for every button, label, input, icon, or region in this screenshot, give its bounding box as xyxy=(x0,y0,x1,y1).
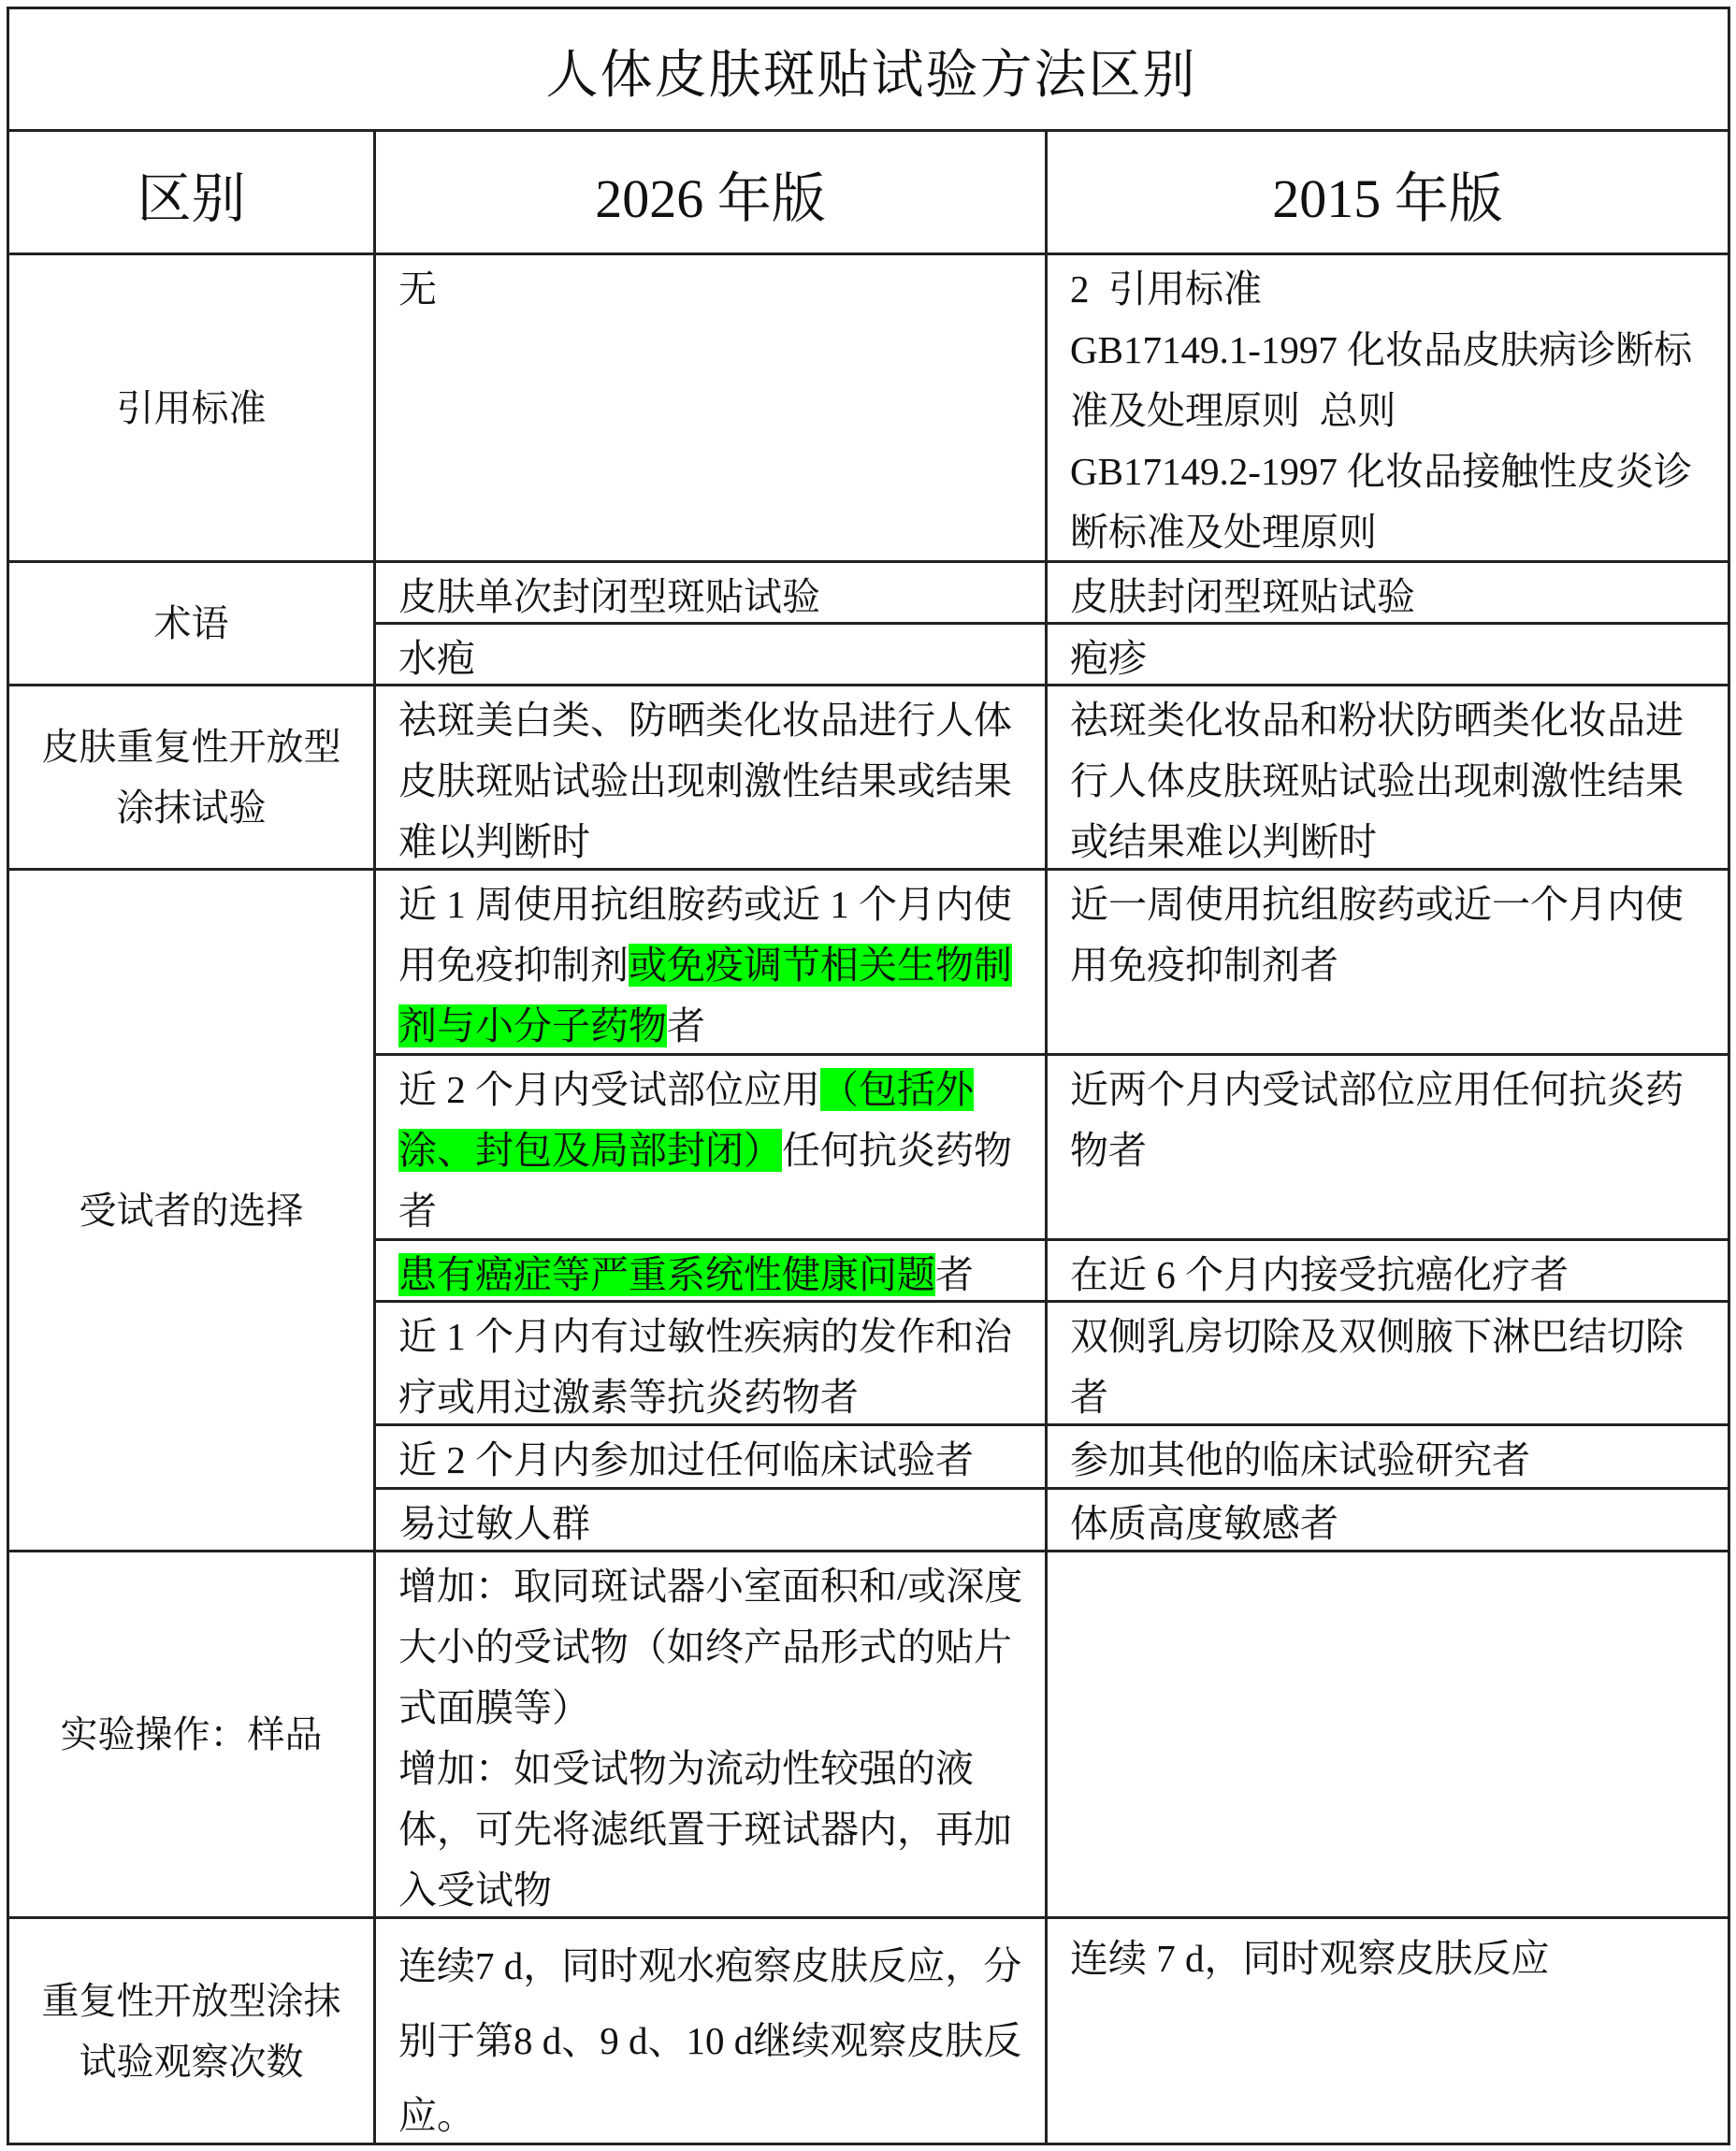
row-label-subjects: 受试者的选择 xyxy=(9,871,373,1550)
cell-2015-term: 皮肤封闭型斑贴试验 xyxy=(1048,563,1728,628)
header-2015: 2015 年版 xyxy=(1048,132,1728,255)
cell-2026-term: 水疱 xyxy=(376,625,1045,689)
cell-2026-term: 皮肤单次封闭型斑贴试验 xyxy=(376,563,1045,628)
header-difference: 区别 xyxy=(9,132,373,255)
cell-2015-observation: 连续 7 d，同时观察皮肤反应 xyxy=(1048,1925,1728,1989)
cell-2026-subject: 近 1 个月内有过敏性疾病的发作和治疗或用过激素等抗炎药物者 xyxy=(376,1303,1045,1428)
row-label-references: 引用标准 xyxy=(9,255,373,560)
row-label-roat: 皮肤重复性开放型涂抹试验 xyxy=(9,686,373,868)
cell-2015-term: 疱疹 xyxy=(1048,625,1728,689)
cell-2026-references: 无 xyxy=(376,255,1045,320)
cell-2015-roat: 祛斑类化妆品和粉状防晒类化妆品进行人体皮肤斑贴试验出现刺激性结果或结果难以判断时 xyxy=(1048,686,1728,873)
cell-2026-observation: 连续7 d，同时观水疱察皮肤反应，分别于第8 d、9 d、10 d继续观察皮肤反… xyxy=(376,1925,1045,2151)
row-label-terms: 术语 xyxy=(9,563,373,684)
cell-2015-subject: 近两个月内受试部位应用任何抗炎药物者 xyxy=(1048,1056,1728,1181)
comparison-table: 人体皮肤斑贴试验方法区别 区别 2026 年版 2015 年版 引用标准 无 2… xyxy=(7,7,1730,2145)
cell-2026-roat: 祛斑美白类、防晒类化妆品进行人体皮肤斑贴试验出现刺激性结果或结果难以判断时 xyxy=(376,686,1045,873)
cell-2015-subject: 近一周使用抗组胺药或近一个月内使用免疫抑制剂者 xyxy=(1048,871,1728,996)
cell-2015-references: 2 引用标准 GB17149.1-1997 化妆品皮肤病诊断标准及处理原则 总则… xyxy=(1048,255,1728,563)
text: 者 xyxy=(667,1004,705,1047)
cell-2026-subject: 近 2 个月内参加过任何临床试验者 xyxy=(376,1426,1045,1491)
cell-2015-subject: 双侧乳房切除及双侧腋下淋巴结切除者 xyxy=(1048,1303,1728,1428)
text: 者 xyxy=(935,1253,974,1296)
cell-2015-subject: 体质高度敏感者 xyxy=(1048,1490,1728,1554)
row-label-sample: 实验操作：样品 xyxy=(9,1552,373,1916)
cell-2026-sample: 增加：取同斑试器小室面积和/或深度大小的受试物（如终产品形式的贴片式面膜等） 增… xyxy=(376,1552,1045,1921)
text: 近 2 个月内受试部位应用 xyxy=(398,1068,820,1111)
cell-2026-subject: 近 1 周使用抗组胺药或近 1 个月内使用免疫抑制剂或免疫调节相关生物制剂与小分… xyxy=(376,871,1045,1057)
highlighted-change: 患有癌症等严重系统性健康问题 xyxy=(398,1253,935,1296)
cell-2015-subject: 在近 6 个月内接受抗癌化疗者 xyxy=(1048,1241,1728,1306)
cell-2026-subject: 患有癌症等严重系统性健康问题者 xyxy=(376,1241,1045,1306)
cell-2026-subject: 易过敏人群 xyxy=(376,1490,1045,1554)
cell-2015-subject: 参加其他的临床试验研究者 xyxy=(1048,1426,1728,1491)
row-label-observation: 重复性开放型涂抹试验观察次数 xyxy=(9,1919,373,2143)
header-2026: 2026 年版 xyxy=(376,132,1045,255)
table-title: 人体皮肤斑贴试验方法区别 xyxy=(9,9,1733,132)
cell-2015-sample xyxy=(1048,1552,1728,1556)
cell-2026-subject: 近 2 个月内受试部位应用（包括外涂、封包及局部封闭）任何抗炎药物者 xyxy=(376,1056,1045,1242)
